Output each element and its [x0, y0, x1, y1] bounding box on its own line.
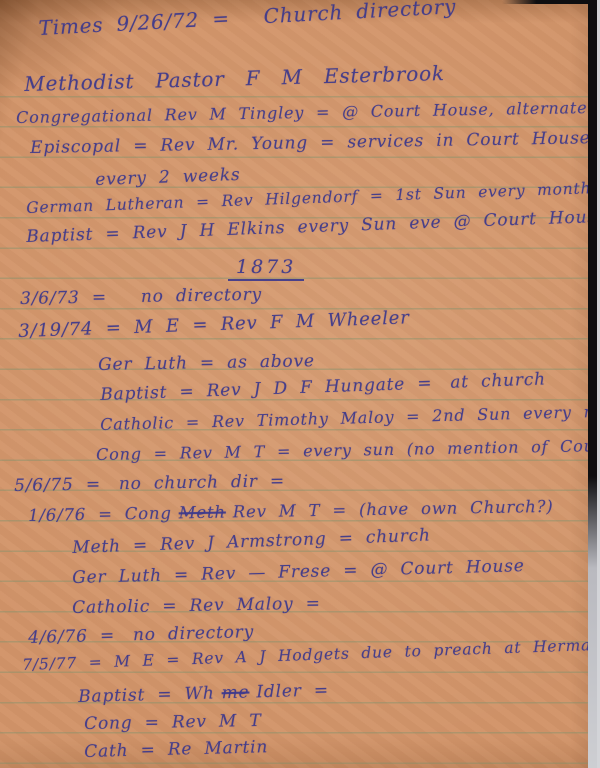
- handwritten-line-year: 1873: [228, 256, 304, 278]
- entry-note: no church dir =: [119, 471, 285, 494]
- scanner-edge-top-sliver: [502, 0, 588, 4]
- entry-date: 5/6/75 =: [14, 474, 101, 496]
- spacer: [230, 23, 264, 25]
- entry-text: 1/6/76 = Cong: [28, 503, 172, 525]
- entry-date: 3/6/73 =: [20, 287, 107, 309]
- struck-text: me: [221, 683, 249, 704]
- underlined-year: 1873: [228, 256, 304, 281]
- spacer: [107, 302, 141, 303]
- handwritten-line: 3/6/73 =no directory: [20, 285, 262, 309]
- handwritten-line: Cong = Rev M T: [84, 711, 262, 734]
- entry-note: at church: [450, 369, 546, 392]
- handwritten-line: Ger Luth = as above: [98, 351, 315, 375]
- entry-text: Baptist = Wh: [78, 683, 215, 707]
- struck-text: Meth: [179, 503, 226, 523]
- entry-note: no directory: [133, 622, 254, 645]
- spacer: [433, 388, 451, 389]
- scanned-notebook-page: Times 9/26/72 =Church directory Methodis…: [0, 0, 600, 768]
- entry-text: Idler =: [256, 680, 329, 702]
- entry-note: no directory: [141, 285, 262, 307]
- entry-date: 4/6/76 =: [28, 626, 115, 648]
